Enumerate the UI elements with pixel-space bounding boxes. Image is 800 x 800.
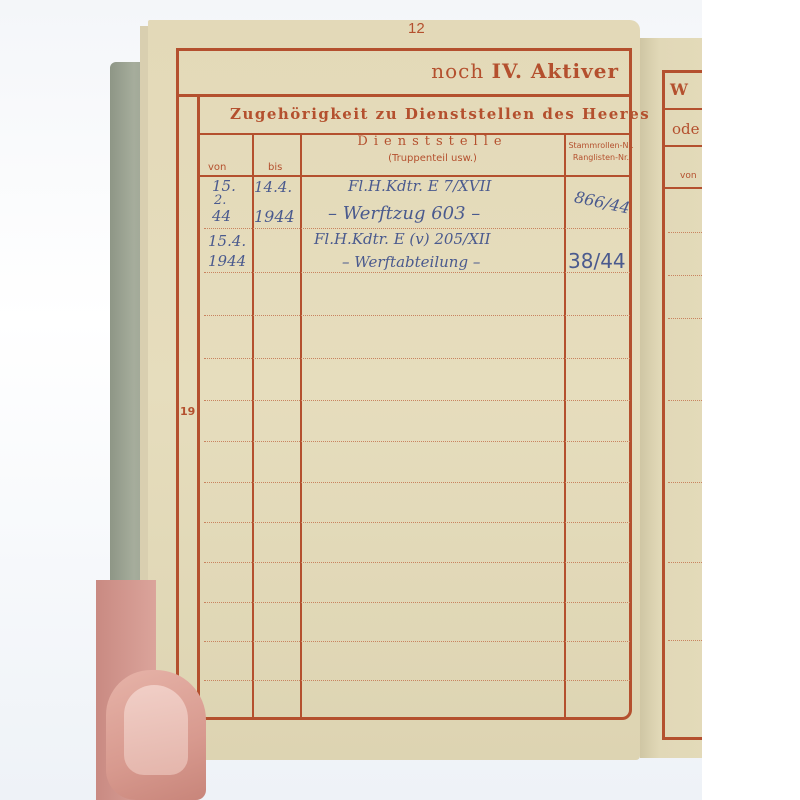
facing-page-row-divider <box>668 275 704 276</box>
facing-page-subtitle-fragment: ode <box>672 120 700 138</box>
photo-scene: 12 noch IV. Aktiver 19 Zugehörigkeit zu … <box>0 0 800 800</box>
title-band: noch IV. Aktiver <box>179 51 629 97</box>
facing-page-rule <box>665 145 705 147</box>
row-divider <box>204 680 630 681</box>
side-number: 19 <box>180 405 195 418</box>
facing-page-rule <box>665 108 705 110</box>
row-divider <box>204 482 630 483</box>
thumb <box>96 580 206 800</box>
entry-1-bis-year: 1944 <box>254 207 295 226</box>
section-title: Zugehörigkeit zu Dienststellen des Heere… <box>230 105 650 123</box>
entry-1-von-year: 44 <box>212 207 231 225</box>
row-divider <box>204 522 630 523</box>
entry-2-von-date: 15.4. <box>208 232 246 250</box>
page-number: 12 <box>408 20 425 37</box>
column-header-dienststelle: Dienststelle <box>300 134 565 149</box>
facing-page-title-fragment: W <box>670 80 688 99</box>
stamm-line-1: Stammrollen-Nr. <box>566 140 636 152</box>
row-divider <box>204 272 630 273</box>
title-main: IV. Aktiver <box>492 59 619 83</box>
entry-2-unit-sub: – Werftabteilung – <box>342 253 480 271</box>
column-header-dienststelle-sub: (Truppenteil usw.) <box>300 153 565 164</box>
entry-2-number: 38/44 <box>568 249 626 273</box>
facing-page-rule <box>665 187 705 189</box>
column-divider-dienst-stamm <box>564 134 566 720</box>
row-divider <box>204 602 630 603</box>
row-divider <box>204 562 630 563</box>
column-header-bis: bis <box>268 162 282 173</box>
entry-1-unit-sub: – Werftzug 603 – <box>328 203 480 224</box>
row-divider <box>204 315 630 316</box>
facing-page-row-divider <box>668 562 704 563</box>
column-header-von: von <box>208 162 226 173</box>
entry-2-von-year: 1944 <box>208 252 246 270</box>
background-right <box>702 0 800 800</box>
facing-page-row-divider <box>668 640 704 641</box>
facing-page-row-divider <box>668 400 704 401</box>
title-prefix: noch <box>431 59 484 83</box>
page-title: noch IV. Aktiver <box>431 59 619 83</box>
column-divider-bis-dienst <box>300 134 302 720</box>
row-divider <box>204 400 630 401</box>
row-divider <box>204 358 630 359</box>
facing-page-row-divider <box>668 232 704 233</box>
row-divider <box>204 228 630 229</box>
facing-page-row-divider <box>668 482 704 483</box>
stamm-line-2: Ranglisten-Nr. <box>566 152 636 164</box>
row-divider <box>204 441 630 442</box>
entry-1-von-month: 2. <box>214 193 226 208</box>
row-divider <box>204 641 630 642</box>
facing-page-row-divider <box>668 318 704 319</box>
entry-1-bis-date: 14.4. <box>254 178 292 196</box>
entry-1-unit: Fl.H.Kdtr. E 7/XVII <box>348 177 491 195</box>
thumbnail-nail <box>124 685 188 775</box>
column-header-stammrollen: Stammrollen-Nr. Ranglisten-Nr. <box>566 140 636 164</box>
facing-page-von-header: von <box>680 171 697 181</box>
entry-2-unit: Fl.H.Kdtr. E (v) 205/XII <box>314 230 491 248</box>
